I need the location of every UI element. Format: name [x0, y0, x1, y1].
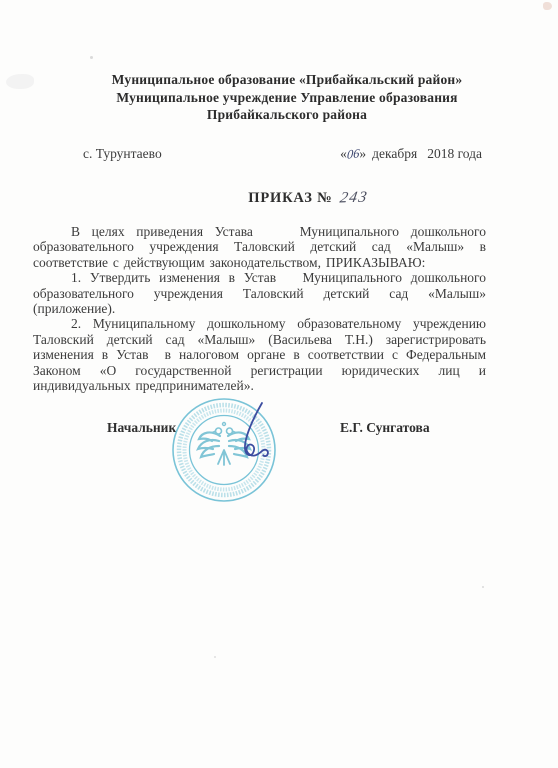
- order-title-label: ПРИКАЗ №: [248, 190, 332, 206]
- date-year: 2018 года: [427, 146, 482, 161]
- signer-name: Е.Г. Сунгатова: [340, 420, 430, 436]
- document-header: Муниципальное образование «Прибайкальски…: [16, 71, 558, 124]
- header-org-line-2: Муниципальное учреждение Управление обра…: [16, 89, 558, 107]
- signature-stroke: [245, 403, 268, 456]
- paragraph-intro: В целях приведения Устава Муниципального…: [33, 224, 486, 270]
- place-date-row: с. Турунтаево «06»декабря2018 года: [83, 146, 482, 162]
- scan-smudge: [6, 74, 34, 89]
- date-line: «06»декабря2018 года: [340, 146, 482, 162]
- scan-speck: [482, 586, 484, 588]
- date-month: декабря: [372, 146, 417, 161]
- date-close-quote: »: [359, 146, 366, 161]
- header-org-line-1: Муниципальное образование «Прибайкальски…: [16, 71, 558, 89]
- scanned-order-document: Муниципальное образование «Прибайкальски…: [0, 0, 558, 768]
- order-body: В целях приведения Устава Муниципального…: [33, 224, 486, 393]
- handwritten-day: 06: [346, 146, 359, 163]
- handwritten-order-number: 243: [338, 189, 369, 208]
- order-item-2: 2. Муниципальному дошкольному образовате…: [33, 316, 486, 393]
- order-item-1: 1. Утвердить изменения в Устав Муниципал…: [33, 270, 486, 316]
- handwritten-signature-icon: [228, 399, 278, 467]
- scan-speck: [90, 56, 93, 59]
- place-label: с. Турунтаево: [83, 146, 162, 162]
- signer-position-label: Начальник: [107, 420, 176, 436]
- scan-speck: [214, 656, 216, 658]
- scan-speck: [543, 2, 552, 10]
- header-org-line-3: Прибайкальского района: [16, 106, 558, 124]
- order-title: ПРИКАЗ № 243: [29, 189, 558, 207]
